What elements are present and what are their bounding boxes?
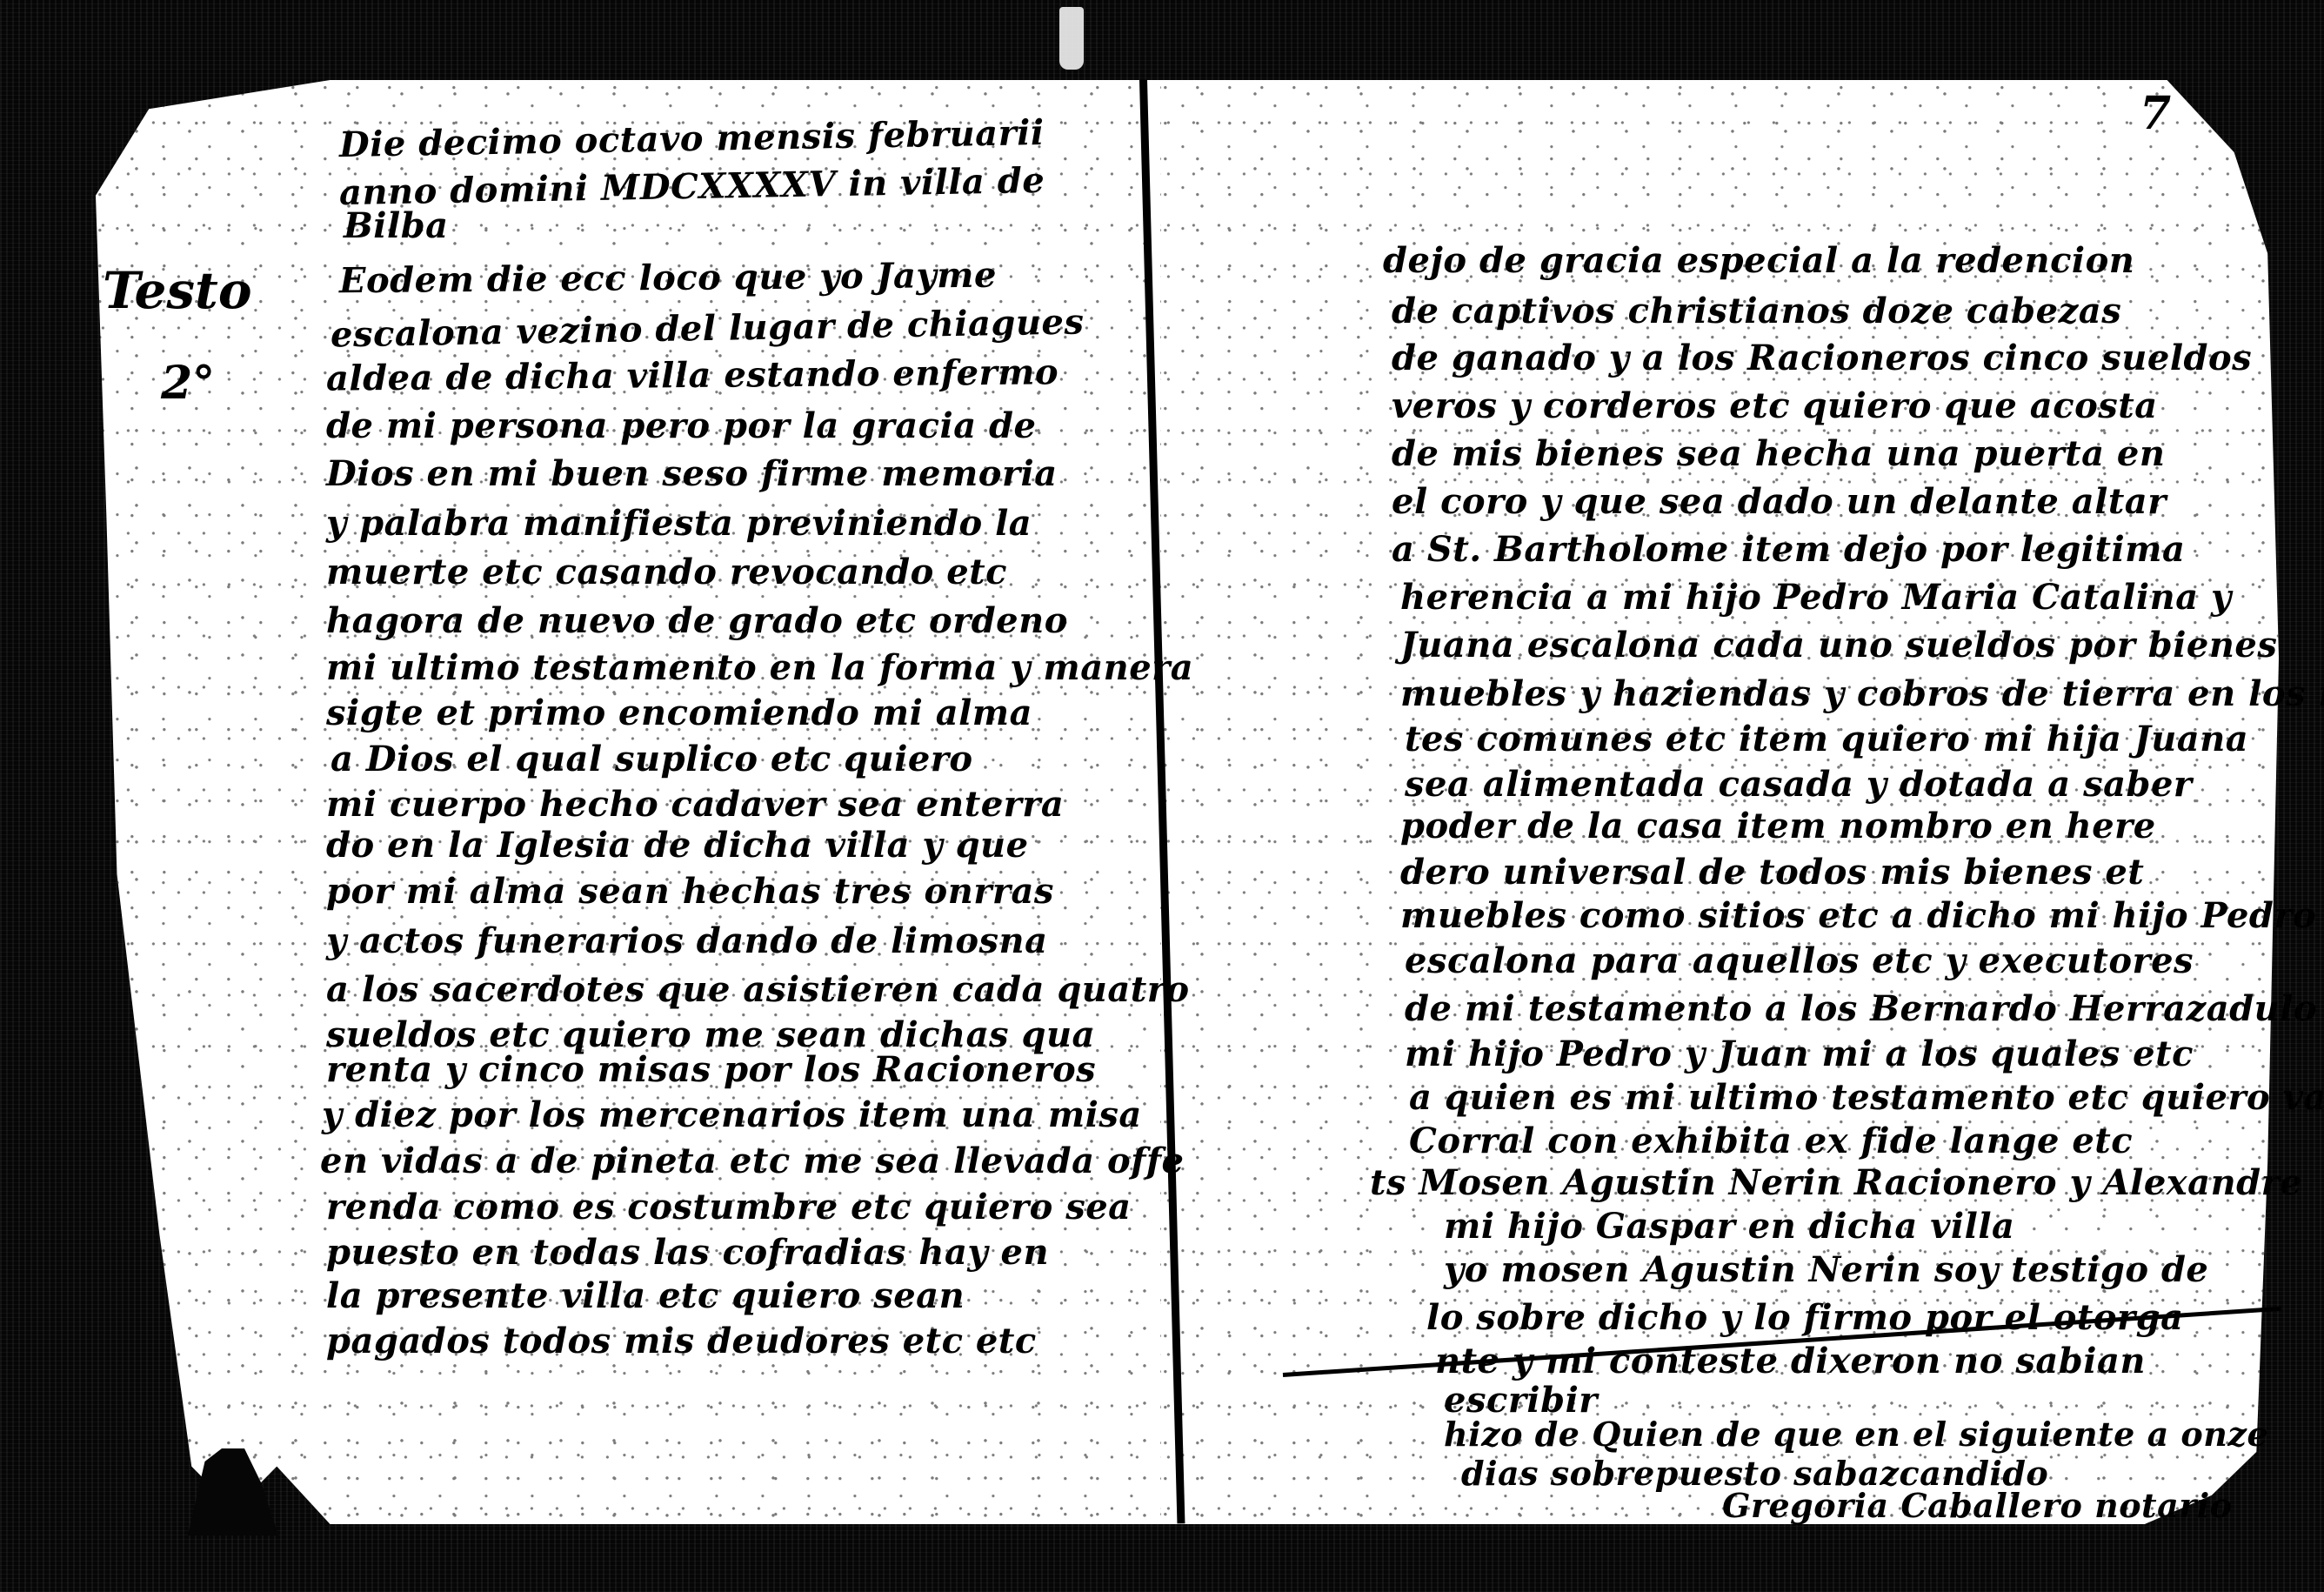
text-line: veros y corderos etc quiero que acosta	[1392, 389, 2158, 424]
text-line: mi ultimo testamento en la forma y maner…	[326, 651, 1193, 686]
text-line: muebles como sitios etc a dicho mi hijo …	[1400, 899, 2316, 933]
text-line: mi hijo Gaspar en dicha villa	[1444, 1209, 2014, 1244]
text-line: Corral con exhibita ex fide lange etc	[1409, 1124, 2133, 1159]
closing-line: hizo de Quien de que en el siguiente a o…	[1444, 1418, 2268, 1451]
text-line: escalona para aquellos etc y executores	[1405, 944, 2194, 979]
notary-signature: Gregoria Caballero notario	[1722, 1489, 2233, 1522]
text-line: dejo de gracia especial a la redencion	[1383, 244, 2134, 278]
text-line: mi cuerpo hecho cadaver sea enterra	[326, 787, 1064, 822]
text-line: sea alimentada casada y dotada a saber	[1405, 767, 2193, 802]
text-line: Juana escalona cada uno sueldos por bien…	[1400, 628, 2277, 663]
text-line: do en la Iglesia de dicha villa y que	[326, 828, 1029, 863]
text-line: el coro y que sea dado un delante altar	[1392, 485, 2167, 519]
text-line: en vidas a de pineta etc me sea llevada …	[320, 1144, 1185, 1179]
text-line: a quien es mi ultimo testamento etc quie…	[1409, 1080, 2324, 1115]
text-line: muerte etc casando revocando etc	[326, 555, 1007, 590]
folio-number: 7	[2140, 87, 2171, 140]
text-line: a los sacerdotes que asistieren cada qua…	[326, 973, 1190, 1007]
text-line: hagora de nuevo de grado etc ordeno	[326, 604, 1068, 639]
text-line: renda como es costumbre etc quiero sea	[326, 1190, 1132, 1225]
text-line: y palabra manifiesta previniendo la	[326, 506, 1032, 541]
text-line: nte y mi conteste dixeron no sabian	[1435, 1344, 2146, 1379]
text-line: escribir	[1444, 1383, 1598, 1418]
text-line: a St. Bartholome item dejo por legitima	[1392, 532, 2185, 567]
text-line: de mi persona pero por la gracia de	[326, 409, 1036, 444]
text-line: lo sobre dicho y lo firmo por el otorga	[1426, 1301, 2184, 1335]
text-line: de mis bienes sea hecha una puerta en	[1392, 437, 2165, 472]
text-line: tes comunes etc item quiero mi hija Juan…	[1405, 722, 2248, 757]
text-line: pagados todos mis deudores etc etc	[326, 1324, 1037, 1359]
text-line: y diez por los mercenarios item una misa	[322, 1098, 1142, 1133]
text-line: mi hijo Pedro y Juan mi a los quales etc	[1405, 1037, 2194, 1072]
text-line: a Dios el qual suplico etc quiero	[331, 742, 973, 777]
text-line: de ganado y a los Racioneros cinco sueld…	[1392, 341, 2252, 376]
text-line: sueldos etc quiero me sean dichas qua	[326, 1018, 1095, 1053]
scanned-manuscript: Testo 2° Die decimo octavo mensis februa…	[0, 0, 2324, 1592]
text-line: muebles y haziendas y cobros de tierra e…	[1400, 677, 2324, 712]
text-line: renta y cinco misas por los Racioneros	[326, 1053, 1096, 1087]
text-line: de mi testamento a los Bernardo Herrazad…	[1405, 992, 2317, 1027]
text-line: la presente villa etc quiero sean	[326, 1279, 965, 1314]
text-line: dero universal de todos mis bienes et	[1400, 855, 2144, 890]
margin-note-number: 2°	[161, 357, 215, 410]
text-line: por mi alma sean hechas tres onrras	[326, 874, 1054, 909]
text-line: de captivos christianos doze cabezas	[1392, 294, 2121, 329]
text-line: poder de la casa item nombro en here	[1400, 809, 2156, 844]
text-line: y actos funerarios dando de limosna	[326, 924, 1048, 959]
binding-tab	[1059, 7, 1084, 70]
text-line: Eodem die ecc loco que yo Jayme	[339, 258, 997, 299]
text-line: ts Mosen Agustin Nerin Racionero y Alexa…	[1370, 1166, 2302, 1201]
text-line: Bilba	[344, 209, 449, 244]
text-line: sigte et primo encomiendo mi alma	[326, 696, 1032, 731]
text-line: yo mosen Agustin Nerin soy testigo de	[1444, 1253, 2208, 1288]
margin-note-testamento: Testo	[103, 261, 252, 320]
text-line: Dios en mi buen seso firme memoria	[326, 457, 1058, 492]
text-line: herencia a mi hijo Pedro Maria Catalina …	[1400, 580, 2232, 615]
text-line: aldea de dicha villa estando enfermo	[326, 355, 1058, 396]
text-line: puesto en todas las cofradias hay en	[326, 1235, 1049, 1270]
